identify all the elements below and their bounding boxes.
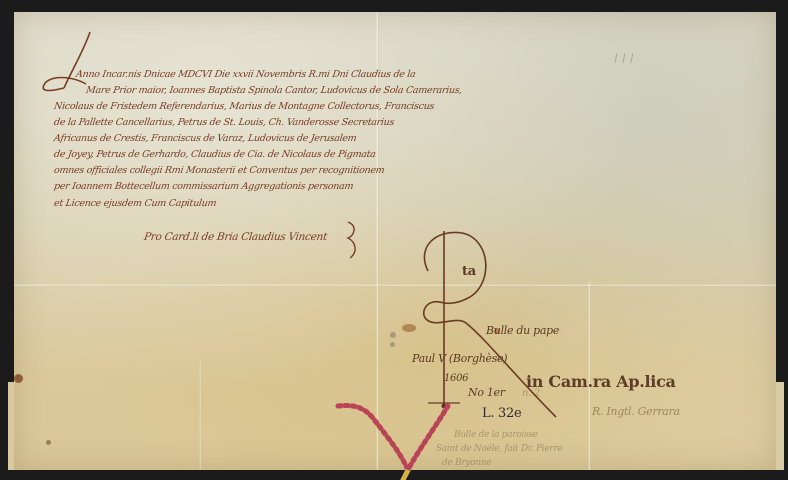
pencil-marks: ǀ ǀ ǀ (614, 52, 634, 67)
archival-note-number: No 1er (468, 386, 505, 399)
seal-cord-icon (336, 402, 476, 480)
text-line-3: Nicolaus de Fristedem Referendarius, Mar… (53, 102, 434, 112)
archival-note-year: 1606 (444, 373, 468, 384)
monogram-superscript: ta (462, 264, 476, 279)
archival-note-right: R. Ingtl. Gerrara (592, 405, 680, 418)
ink-stain (390, 332, 396, 338)
ink-stain (14, 374, 23, 383)
registration-monogram-icon (406, 227, 546, 407)
text-line-5: Africanus de Crestis, Franciscus de Vara… (53, 134, 357, 144)
text-line-7: omnes officiales collegii Rmi Monasterii… (53, 166, 385, 176)
text-line-1: Anno Incar.nis Dnicae MDCVI Die xxvii No… (75, 70, 416, 80)
archival-note-shelfmark: L. 32e (482, 406, 521, 421)
parchment-edge-right (776, 382, 784, 470)
ink-stain (390, 342, 395, 347)
archival-note-bulle-du-pape: Bulle du pape (486, 324, 559, 337)
signature-line: Pro Card.li de Bria Claudius Vincent (143, 232, 327, 243)
parchment-document: Anno Incar.nis Dnicae MDCVI Die xxvii No… (14, 12, 776, 470)
text-line-2: Mare Prior maior, Ioannes Baptista Spino… (85, 86, 462, 96)
text-line-4: de la Pallette Cancellarius, Petrus de S… (53, 118, 394, 128)
text-line-6: de Joyey, Petrus de Gerhardo, Claudius d… (53, 150, 376, 160)
text-line-8: per Ioannem Bottecellum commissarium Agg… (53, 182, 353, 192)
ink-stain (46, 440, 51, 445)
archival-note-in-camera: in Cam.ra Ap.lica (526, 372, 676, 391)
text-line-9: et Licence ejusdem Cum Capitulum (53, 199, 216, 209)
archival-note-paul-v: Paul V (Borghèse) (412, 352, 507, 365)
initial-a-flourish-icon (28, 30, 88, 90)
ink-stain (402, 324, 416, 332)
signature-flourish-icon (344, 220, 364, 260)
